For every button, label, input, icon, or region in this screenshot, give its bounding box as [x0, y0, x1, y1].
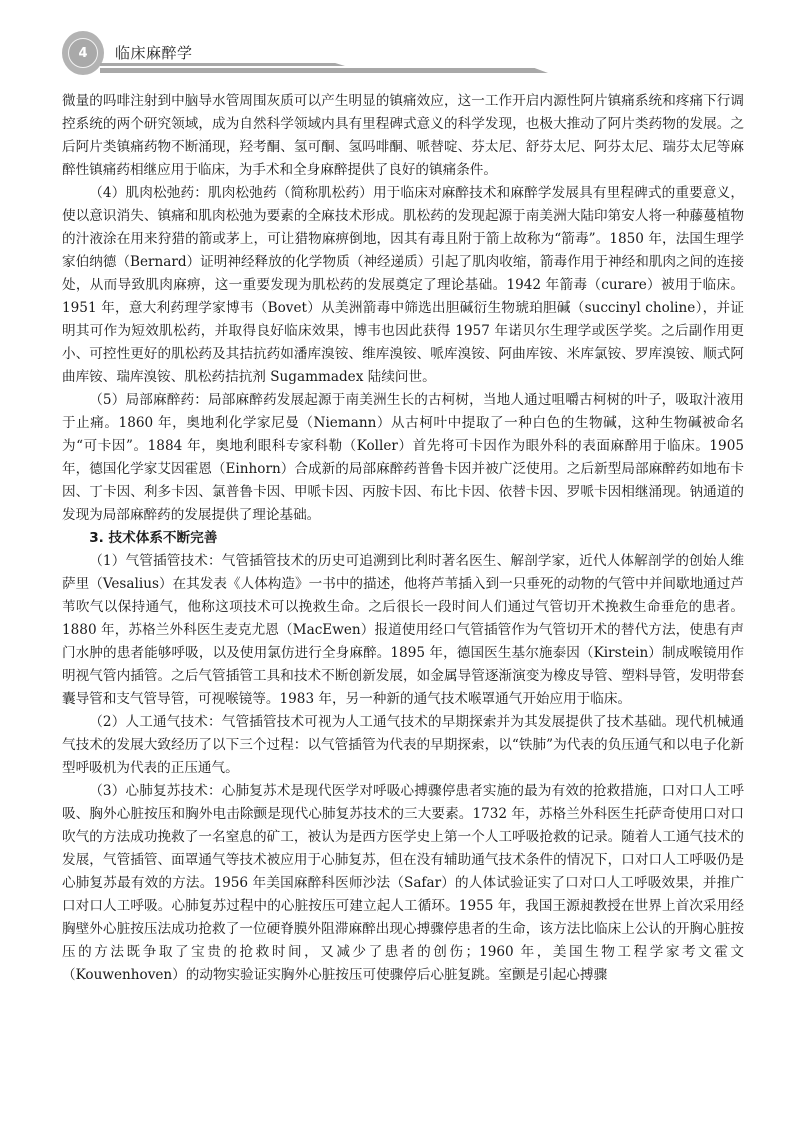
- paragraph-ventilation: （2）人工通气技术：气管插管技术可视为人工通气技术的早期探索并为其发展提供了技术…: [62, 711, 744, 780]
- paragraph-cpr: （3）心肺复苏技术：心肺复苏术是现代医学对呼吸心搏骤停患者实施的最为有效的抢救措…: [62, 780, 744, 987]
- page-number: 4: [62, 31, 104, 75]
- page-header: 4 临床麻醉学: [0, 0, 800, 86]
- paragraph-intubation: （1）气管插管技术：气管插管技术的历史可追溯到比利时著名医生、解剖学家，近代人体…: [62, 550, 744, 711]
- page-body: 微量的吗啡注射到中脑导水管周围灰质可以产生明显的镇痛效应，这一工作开启内源性阿片…: [62, 90, 744, 987]
- header-rule-top: [100, 63, 345, 66]
- page-number-badge: 4: [62, 31, 104, 75]
- header-rule-bottom: [100, 68, 548, 73]
- paragraph-muscle-relaxant: （4）肌肉松弛药：肌肉松弛药（简称肌松药）用于临床对麻醉技术和麻醉学发展具有里程…: [62, 182, 744, 389]
- paragraph-opioid-continued: 微量的吗啡注射到中脑导水管周围灰质可以产生明显的镇痛效应，这一工作开启内源性阿片…: [62, 90, 744, 182]
- paragraph-local-anesthetic: （5）局部麻醉药：局部麻醉药发展起源于南美洲生长的古柯树，当地人通过咀嚼古柯树的…: [62, 389, 744, 527]
- section-heading: 3. 技术体系不断完善: [62, 527, 744, 550]
- book-title: 临床麻醉学: [115, 42, 193, 63]
